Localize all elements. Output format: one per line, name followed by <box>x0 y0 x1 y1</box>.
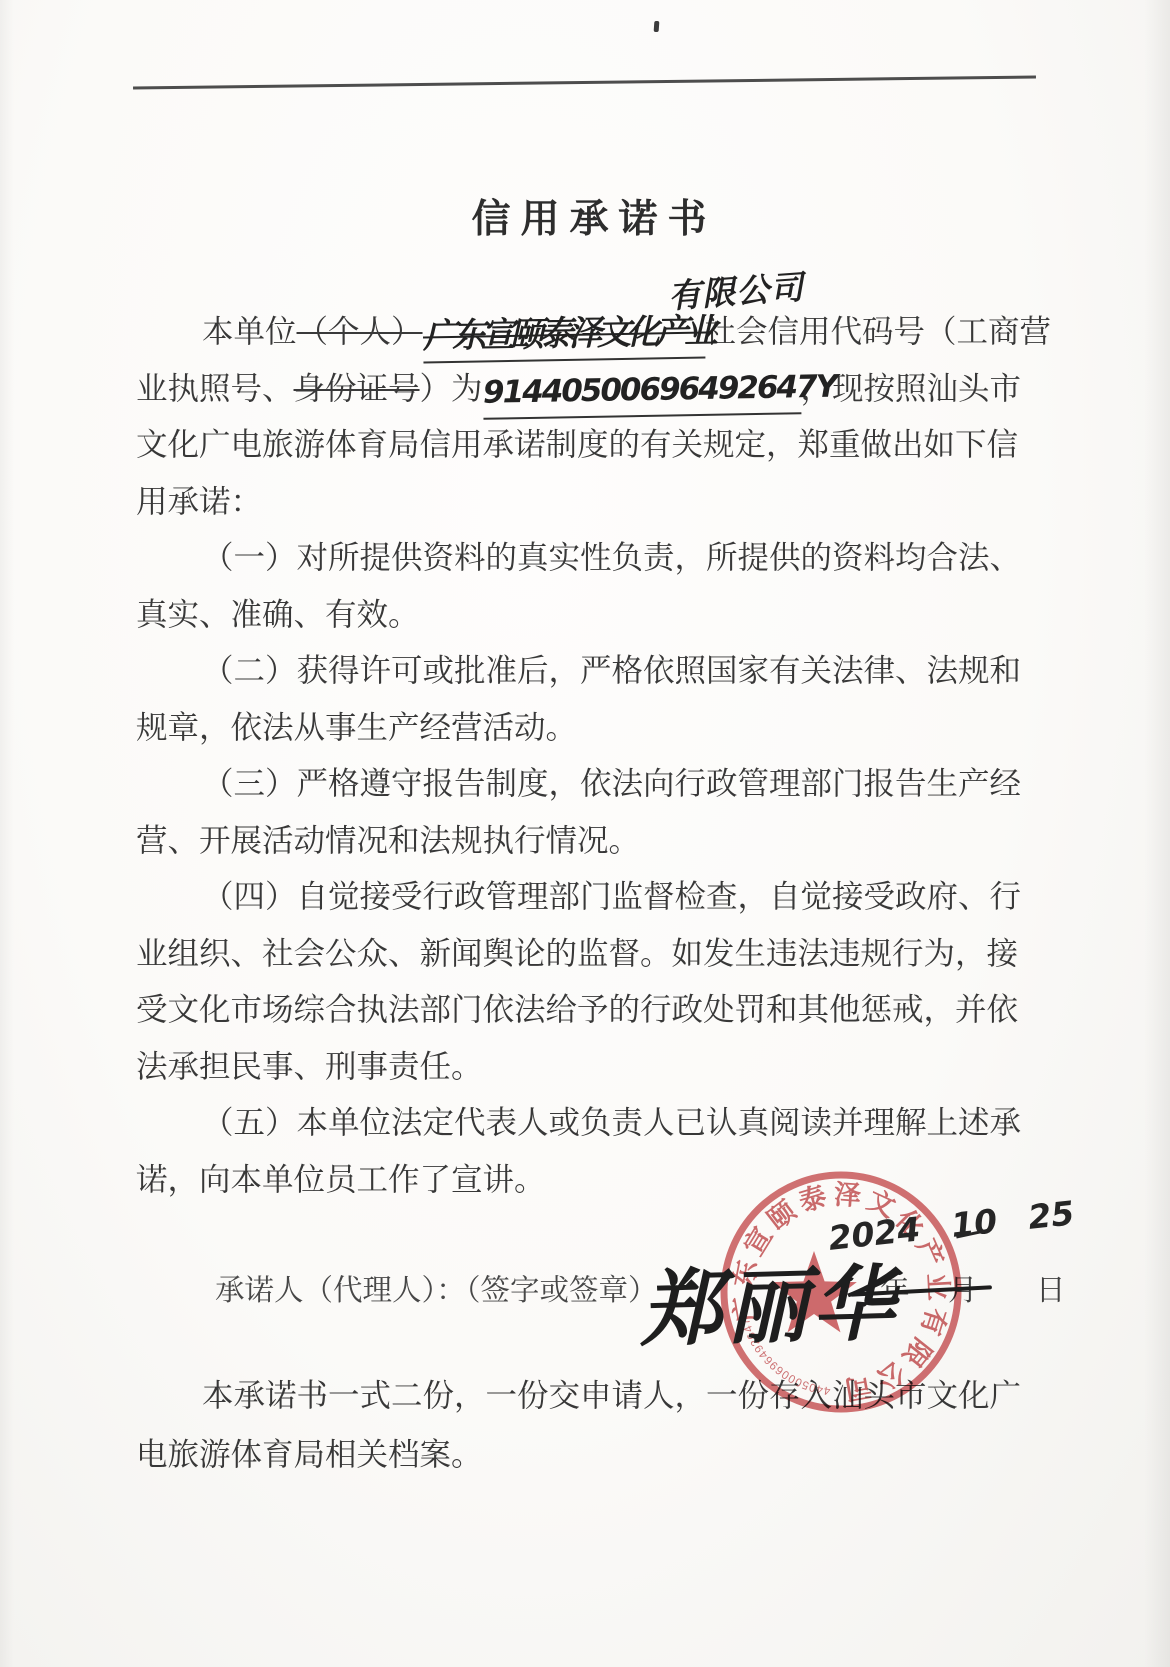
body-line: 规章，依法从事生产经营活动。 <box>136 700 1086 757</box>
body-line: （一）对所提供资料的真实性负责，所提供的资料均合法、 <box>136 530 1086 587</box>
handwritten-signature: 郑丽华 <box>639 1239 900 1363</box>
body-line: （四）自觉接受行政管理部门监督检查，自觉接受政府、行 <box>136 869 1086 926</box>
paper-shading-left <box>0 0 14 1667</box>
closing-line: 电旅游体育局相关档案。 <box>136 1425 1086 1484</box>
body-line: 用承诺： <box>136 474 1086 531</box>
body-line: （五）本单位法定代表人或负责人已认真阅读并理解上述承 <box>136 1095 1086 1152</box>
document-title: 信用承诺书 <box>0 188 1170 244</box>
p1-suffix: 社会信用代码号（工商营 <box>705 314 1052 349</box>
body-line: 真实、准确、有效。 <box>136 587 1086 644</box>
paper-shading-right <box>1144 0 1170 1667</box>
p2-mid: ）为 <box>420 371 483 406</box>
p1-struck-person: （个人） <box>297 314 423 349</box>
svg-text:泽: 泽 <box>833 1179 862 1211</box>
body-line: 文化广电旅游体育局信用承诺制度的有关规定，郑重做出如下信 <box>136 417 1086 474</box>
body-line: 法承担民事、刑事责任。 <box>136 1039 1086 1096</box>
p2-prefix: 业执照号、 <box>136 371 294 406</box>
body-line: 受文化市场综合执法部门依法给予的行政处罚和其他惩戒，并依 <box>136 982 1086 1039</box>
scanned-document-page: 信用承诺书 本单位（个人）广东宣颐泰泽文化产业社会信用代码号（工商营 业执照号、… <box>0 0 1170 1667</box>
p1-prefix: 本单位 <box>202 314 297 349</box>
body-line: （三）严格遵守报告制度，依法向行政管理部门报告生产经 <box>136 756 1086 813</box>
p2-struck-id: 身份证号 <box>294 371 420 406</box>
svg-text:有: 有 <box>915 1304 952 1339</box>
scan-speck <box>654 21 660 32</box>
document-body: 本单位（个人）广东宣颐泰泽文化产业社会信用代码号（工商营 业执照号、身份证号）为… <box>136 304 1086 1208</box>
handwritten-credit-code: 91440500696492647Y <box>482 362 801 420</box>
day-label: 日 <box>1036 1263 1066 1319</box>
page-top-rule <box>133 75 1036 89</box>
body-line: 营、开展活动情况和法规执行情况。 <box>136 813 1086 870</box>
signature-line-row: 承诺人（代理人）：（签字或签章） 年 月 日 <box>138 1263 1128 1319</box>
signature-line-label: 承诺人（代理人）：（签字或签章） <box>215 1263 658 1319</box>
handwritten-company-suffix: 有限公司 <box>667 261 806 317</box>
body-line: 业组织、社会公众、新闻舆论的监督。如发生违法违规行为，接 <box>136 926 1086 983</box>
paragraph1-line1: 本单位（个人）广东宣颐泰泽文化产业社会信用代码号（工商营 <box>136 304 1086 361</box>
handwritten-company-name: 广东宣颐泰泽文化产业 <box>422 306 705 363</box>
body-line: （二）获得许可或批准后，严格依照国家有关法律、法规和 <box>136 643 1086 700</box>
paragraph1-line2: 业执照号、身份证号）为91440500696492647Y，现按照汕头市 <box>136 361 1086 418</box>
svg-text:司: 司 <box>842 1370 874 1404</box>
body-lines: 文化广电旅游体育局信用承诺制度的有关规定，郑重做出如下信用承诺：（一）对所提供资… <box>136 417 1086 1208</box>
